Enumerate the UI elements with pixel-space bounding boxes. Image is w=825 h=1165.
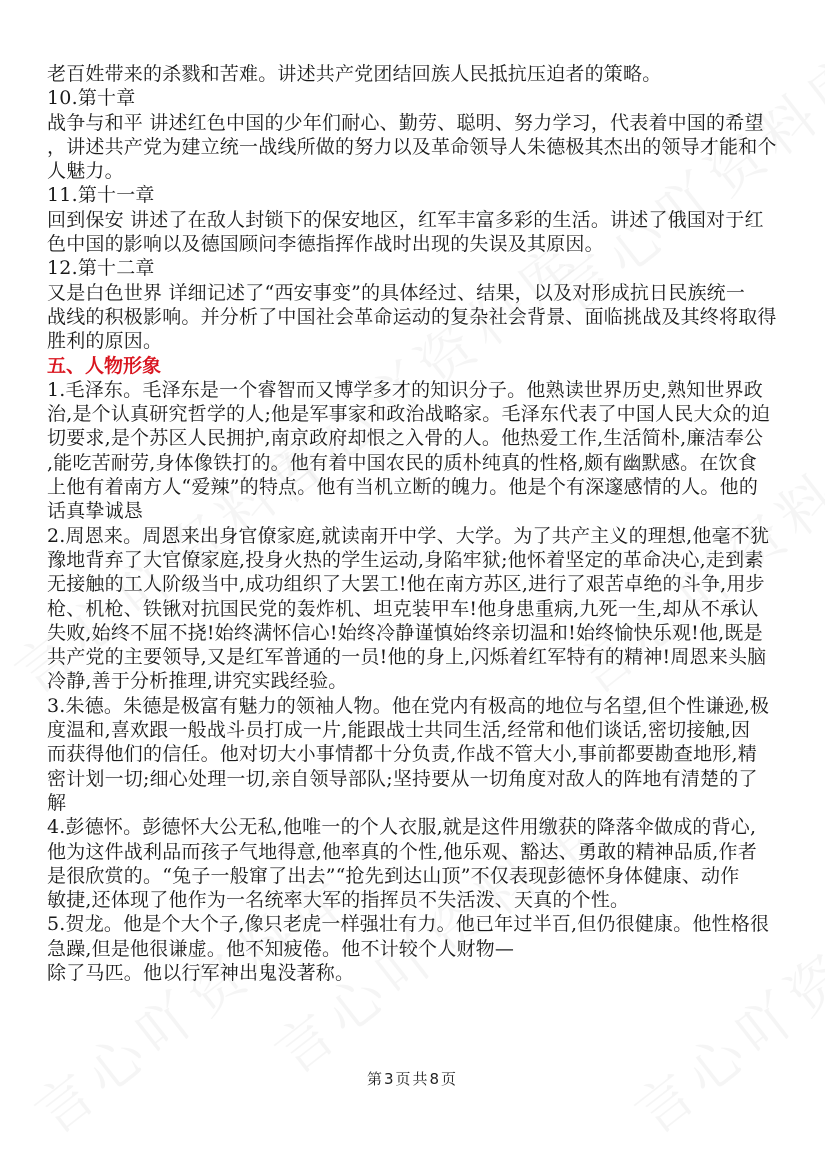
text-line: 而获得他们的信任。他对切大小事情都十分负责,作战不管大小,事前都要勘查地形,精 (47, 742, 782, 766)
text-line: 1.毛泽东。毛泽东是一个睿智而又博学多才的知识分子。他熟读世界历史,熟知世界政 (47, 378, 782, 402)
text-line: 上他有着南方人“爱辣”的特点。他有当机立断的魄力。他是个有深邃感情的人。他的 (47, 475, 782, 499)
text-line: 老百姓带来的杀戮和苦难。讲述共产党团结回族人民抵抗压迫者的策略。 (47, 62, 782, 86)
section-heading: 五、人物形象 (47, 354, 782, 378)
text-line: 切要求,是个苏区人民拥护,南京政府却恨之入骨的人。他热爱工作,生活简朴,廉洁奉公 (47, 426, 782, 450)
text-line: 敏捷,还体现了他作为一名统率大军的指挥员不失活泼、天真的个性。 (47, 888, 782, 912)
text-line: 3.朱德。朱德是极富有魅力的领袖人物。他在党内有极高的地位与名望,但个性谦逊,极 (47, 694, 782, 718)
text-line: 4.彭德怀。彭德怀大公无私,他唯一的个人衣服,就是这件用缴获的降落伞做成的背心, (47, 815, 782, 839)
text-line: 无接触的工人阶级当中,成功组织了大罢工!他在南方苏区,进行了艰苦卓绝的斗争,用步 (47, 572, 782, 596)
text-line: 失败,始终不屈不挠!始终满怀信心!始终冷静谨慎始终亲切温和!始终愉快乐观!他,既… (47, 621, 782, 645)
text-line: 他为这件战利品而孩子气地得意,他率真的个性,他乐观、豁达、勇敢的精神品质,作者 (47, 840, 782, 864)
text-line: 话真挚诚恳 (47, 499, 782, 523)
text-line: 是很欣赏的。“兔子一般窜了出去”“抢先到达山顶”不仅表现彭德怀身体健康、动作 (47, 864, 782, 888)
text-line: 胜利的原因。 (47, 329, 782, 353)
text-line: 2.周恩来。周恩来出身官僚家庭,就读南开中学、大学。为了共产主义的理想,他毫不犹 (47, 524, 782, 548)
text-line: 又是白色世界 详细记述了“西安事变”的具体经过、结果，以及对形成抗日民族统一 (47, 281, 782, 305)
text-line: 回到保安 讲述了在敌人封锁下的保安地区，红军丰富多彩的生活。讲述了俄国对于红 (47, 208, 782, 232)
text-line: 解 (47, 791, 782, 815)
text-line: 战争与和平 讲述红色中国的少年们耐心、勤劳、聪明、努力学习，代表着中国的希望 (47, 111, 782, 135)
text-line: 急躁,但是他很谦虚。他不知疲倦。他不计较个人财物— (47, 937, 782, 961)
text-line: 5.贺龙。他是个大个子,像只老虎一样强壮有力。他已年过半百,但仍很健康。他性格很 (47, 912, 782, 936)
text-line: 治,是个认真研究哲学的人;他是军事家和政治战略家。毛泽东代表了中国人民大众的迫 (47, 402, 782, 426)
text-line: ,能吃苦耐劳,身体像铁打的。他有着中国农民的质朴纯真的性格,颇有幽默感。在饮食 (47, 451, 782, 475)
text-line: 人魅力。 (47, 159, 782, 183)
chapter-title: 12.第十二章 (47, 256, 782, 280)
text-line: 除了马匹。他以行军神出鬼没著称。 (47, 961, 782, 985)
text-line: ，讲述共产党为建立统一战线所做的努力以及革命领导人朱德极其杰出的领导才能和个 (47, 135, 782, 159)
character-profiles-block: 1.毛泽东。毛泽东是一个睿智而又博学多才的知识分子。他熟读世界历史,熟知世界政 … (47, 378, 782, 985)
text-line: 冷静,善于分析推理,讲究实践经验。 (47, 669, 782, 693)
text-line: 战线的积极影响。并分析了中国社会革命运动的复杂社会背景、面临挑战及其终将取得 (47, 305, 782, 329)
text-line: 共产党的主要领导,又是红军普通的一员!他的身上,闪烁着红军特有的精神!周恩来头脑 (47, 645, 782, 669)
text-line: 豫地背弃了大官僚家庭,投身火热的学生运动,身陷牢狱;他怀着坚定的革命决心,走到素 (47, 548, 782, 572)
text-line: 枪、机枪、铁锹对抗国民党的轰炸机、坦克装甲车!他身患重病,九死一生,却从不承认 (47, 597, 782, 621)
text-line: 度温和,喜欢跟一般战斗员打成一片,能跟战士共同生活,经常和他们谈话,密切接触,因 (47, 718, 782, 742)
text-line: 密计划一切;细心处理一切,亲自领导部队;坚持要从一切角度对敌人的阵地有清楚的了 (47, 767, 782, 791)
chapter-title: 10.第十章 (47, 86, 782, 110)
chapter-summary-block: 老百姓带来的杀戮和苦难。讲述共产党团结回族人民抵抗压迫者的策略。 10.第十章 … (47, 62, 782, 354)
text-line: 色中国的影响以及德国顾问李德指挥作战时出现的失误及其原因。 (47, 232, 782, 256)
chapter-title: 11.第十一章 (47, 183, 782, 207)
page-number: 第3页共8页 (0, 1068, 825, 1089)
document-page: 老百姓带来的杀戮和苦难。讲述共产党团结回族人民抵抗压迫者的策略。 10.第十章 … (47, 62, 782, 985)
